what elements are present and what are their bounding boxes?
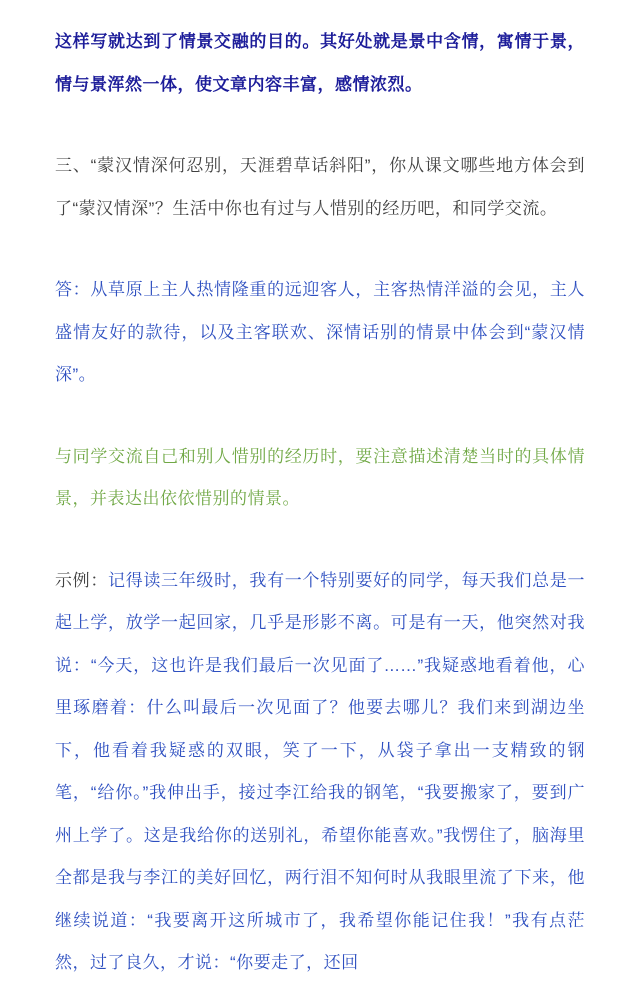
- example-body-text: 记得读三年级时，我有一个特别要好的同学，每天我们总是一起上学，放学一起回家，几乎…: [55, 571, 585, 973]
- paragraph-summary: 这样写就达到了情景交融的目的。其好处就是景中含情，寓情于景，情与景浑然一体，使文…: [55, 21, 585, 106]
- paragraph-answer: 答：从草原上主人热情隆重的远迎客人，主客热情洋溢的会见，主人盛情友好的款待，以及…: [55, 269, 585, 397]
- paragraph-tip: 与同学交流自己和别人惜别的经历时，要注意描述清楚当时的具体情景，并表达出依依惜别…: [55, 436, 585, 521]
- paragraph-example: 示例：记得读三年级时，我有一个特别要好的同学，每天我们总是一起上学，放学一起回家…: [55, 560, 585, 985]
- paragraph-question-three: 三、“蒙汉情深何忍别，天涯碧草话斜阳”，你从课文哪些地方体会到了“蒙汉情深”？生…: [55, 145, 585, 230]
- example-prefix-label: 示例：: [55, 571, 108, 590]
- document-page: 这样写就达到了情景交融的目的。其好处就是景中含情，寓情于景，情与景浑然一体，使文…: [0, 0, 640, 1002]
